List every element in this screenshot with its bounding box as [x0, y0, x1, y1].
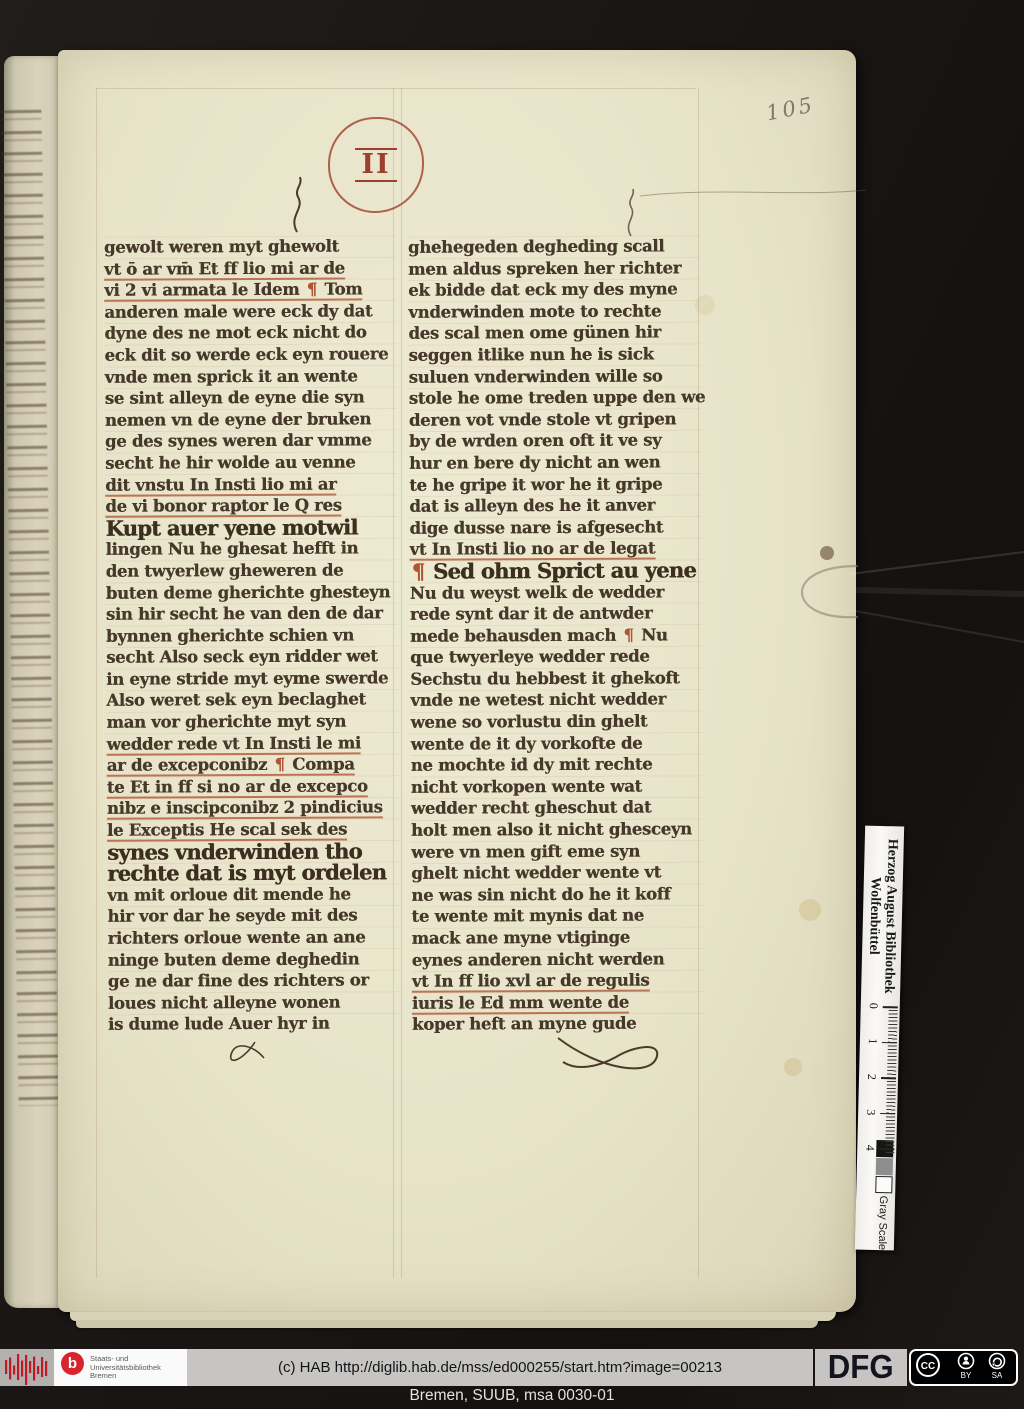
manuscript-line: den twyerlew gheweren de	[106, 559, 398, 582]
manuscript-line: vnde ne wetest nicht wedder	[410, 689, 702, 712]
gray-scale-label: Gray Scale	[876, 1196, 889, 1251]
ruler-library-name: Herzog August Bibliothek Wolfenbüttel	[861, 826, 904, 1007]
copyright-bar: (c) HAB http://diglib.hab.de/mss/ed00025…	[187, 1349, 813, 1386]
gray-scale-patch: Gray Scale	[855, 1139, 894, 1250]
ruler-minor-ticks	[885, 1006, 898, 1154]
digitized-manuscript-viewer: { "page_marks": { "folio_number": "105",…	[0, 0, 1024, 1409]
manuscript-line: koper heft an myne gude	[412, 1013, 704, 1036]
manuscript-line: ar de excepconibz ¶ Compa	[107, 753, 399, 776]
manuscript-line: Kupt auer yene motwil	[105, 516, 397, 539]
ruling-line	[401, 88, 402, 1278]
shelfmark-caption: Bremen, SUUB, msa 0030-01	[0, 1387, 1024, 1405]
manuscript-line: wente de it dy vorkofte de	[411, 732, 703, 755]
manuscript-line: seggen itlike nun he is sick	[408, 343, 700, 366]
manuscript-line: stole he ome treden uppe den we	[409, 386, 701, 409]
manuscript-line: hur en bere dy nicht an wen	[409, 451, 701, 474]
ruler-cm-tick	[882, 1042, 897, 1044]
manuscript-line: suluen vnderwinden wille so	[409, 365, 701, 388]
manuscript-line: richters orloue wente an ane	[108, 926, 400, 949]
pilcrow-mark: ¶	[273, 755, 287, 774]
manuscript-line: gewolt weren myt ghewolt	[104, 235, 396, 258]
manuscript-line: rechte dat is myt ordelen	[107, 861, 399, 884]
ruler-cm-number: 3	[863, 1105, 878, 1119]
page-stack-edge	[70, 1312, 836, 1321]
manuscript-line: man vor gherichte myt syn	[106, 710, 398, 733]
manuscript-line: ge ne dar fine des richters or	[108, 969, 400, 992]
manuscript-line: te Et in ff si no ar de excepco	[107, 775, 399, 798]
sa-label: SA	[992, 1371, 1003, 1380]
facing-page-text-fragments	[1, 106, 58, 1107]
manuscript-line: vnde men sprick it an wente	[105, 365, 397, 388]
ruling-line	[96, 88, 97, 1278]
manuscript-line: loues nicht alleyne wonen	[108, 991, 400, 1014]
manuscript-line: secht Also seck eyn ridder wet	[106, 646, 398, 669]
manuscript-line: deren vot vnde stole vt gripen	[409, 408, 701, 431]
suub-library-name: Staats- und Universitätsbibliothek Breme…	[90, 1355, 161, 1381]
quire-mark-numeral: II	[355, 148, 396, 182]
manuscript-line: iuris le Ed mm wente de	[412, 991, 704, 1014]
suub-b-icon: b	[61, 1352, 84, 1375]
manuscript-line: ne mochte id dy mit rechte	[411, 753, 703, 776]
dfg-logo: DFG	[815, 1349, 907, 1386]
by-person-icon	[964, 1357, 968, 1361]
footer-bar: b Staats- und Universitätsbibliothek Bre…	[0, 1349, 1024, 1386]
cc-icon: CC	[921, 1361, 935, 1372]
suub-logo-block: b Staats- und Universitätsbibliothek Bre…	[54, 1349, 187, 1386]
text-column-b: ghehegeden degheding scallmen aldus spre…	[408, 235, 704, 1035]
ruler-cm-number: 4	[862, 1141, 877, 1155]
manuscript-line: dit vnstu In Insti lio mi ar	[105, 473, 397, 496]
manuscript-line: ne was sin nicht do he it koff	[411, 883, 703, 906]
manuscript-line: dat is alleyn des he it anver	[409, 494, 701, 517]
ruler-cm-tick	[880, 1113, 895, 1115]
manuscript-line: que twyerleye wedder rede	[410, 646, 702, 669]
gray-scale-white	[875, 1176, 892, 1193]
manuscript-line: vn mit orloue dit mende he	[107, 883, 399, 906]
manuscript-line: wene so vorlustu din ghelt	[410, 710, 702, 733]
manuscript-line: wedder recht gheschut dat	[411, 797, 703, 820]
manuscript-line: sin hir secht he van den de dar	[106, 602, 398, 625]
manuscript-line: vt In ff lio xvl ar de regulis	[412, 969, 704, 992]
manuscript-line: te he gripe it wor he it gripe	[409, 473, 701, 496]
manuscript-line: anderen male were eck dy dat	[104, 300, 396, 323]
manuscript-line: ¶ Sed ohm Sprict au yene	[410, 559, 702, 582]
suub-name-line3: Bremen	[90, 1372, 161, 1381]
manuscript-line: te wente mit mynis dat ne	[411, 905, 703, 928]
manuscript-line: vnderwinden mote to rechte	[408, 300, 700, 323]
manuscript-line: wedder rede vt In Insti le mi	[107, 732, 399, 755]
manuscript-line: buten deme gherichte ghesteyn	[106, 581, 398, 604]
copyright-text: (c) HAB http://diglib.hab.de/mss/ed00025…	[278, 1359, 722, 1376]
manuscript-line: nemen vn de eyne der bruken	[105, 408, 397, 431]
manuscript-line: des scal men ome günen hir	[408, 322, 700, 345]
manuscript-line: ge des synes weren dar vmme	[105, 430, 397, 453]
gray-scale-mid	[876, 1158, 893, 1175]
manuscript-line: secht he hir wolde au venne	[105, 451, 397, 474]
manuscript-line: Also weret sek eyn beclaghet	[106, 689, 398, 712]
manuscript-line: dyne des ne mot eck nicht do	[104, 322, 396, 345]
manuscript-line: eck dit so werde eck eyn rouere	[104, 343, 396, 366]
manuscript-line: nibz e inscipconibz 2 pindicius	[107, 797, 399, 820]
manuscript-line: eynes anderen nicht werden	[412, 948, 704, 971]
cc-by-sa-badge: CC BY SA	[909, 1349, 1018, 1386]
dfg-logo-text: DFG	[828, 1351, 894, 1385]
manuscript-line: nicht vorkopen wente wat	[411, 775, 703, 798]
cc-by-sa-icons: CC BY SA	[911, 1351, 1012, 1380]
manuscript-line: lingen Nu he ghesat hefft in	[105, 538, 397, 561]
sa-arrow-icon	[994, 1358, 1002, 1366]
ruler-cm-scale: 01234	[858, 1006, 898, 1138]
manuscript-line: se sint alleyn de eyne die syn	[105, 386, 397, 409]
pilcrow-mark: ¶	[305, 280, 319, 299]
by-label: BY	[961, 1371, 972, 1380]
manuscript-line: holt men also it nicht ghesceyn	[411, 818, 703, 841]
library-ruler: Herzog August Bibliothek Wolfenbüttel 01…	[855, 826, 904, 1251]
manuscript-line: ek bidde dat eck my des myne	[408, 278, 700, 301]
ruler-cm-tick	[881, 1077, 896, 1079]
ruler-cm-number: 0	[866, 999, 881, 1013]
page-stack-edge	[76, 1321, 818, 1328]
manuscript-line: were vn men gift eme syn	[411, 840, 703, 863]
ruler-cm-number: 2	[864, 1070, 879, 1084]
foxing-spots	[0, 0, 10, 10]
manuscript-line: hir vor dar he seyde mit des	[107, 905, 399, 928]
manuscript-line: rede synt dar it de antwder	[410, 602, 702, 625]
facing-page-edge	[4, 56, 64, 1308]
manuscript-line: by de wrden oren oft it ve sy	[409, 430, 701, 453]
manuscript-line: in eyne stride myt eyme swerde	[106, 667, 398, 690]
manuscript-line: ghelt nicht wedder wente vt	[411, 861, 703, 884]
manuscript-line: mede behausden mach ¶ Nu	[410, 624, 702, 647]
manuscript-line: Sechstu du hebbest it ghekoft	[410, 667, 702, 690]
quire-mark-circle: II	[328, 117, 424, 213]
manuscript-line: ninge buten deme deghedin	[108, 948, 400, 971]
ruling-line	[96, 88, 696, 89]
manuscript-line: vi 2 vi armata le Idem ¶ Tom	[104, 278, 396, 301]
manuscript-line: is dume lude Auer hyr in	[108, 1013, 400, 1036]
manuscript-line: ghehegeden degheding scall	[408, 235, 700, 258]
manuscript-line: men aldus spreken her richter	[408, 257, 700, 280]
manuscript-line: mack ane myne vtiginge	[412, 926, 704, 949]
manuscript-line: dige dusse nare is afgesecht	[409, 516, 701, 539]
manuscript-line: Nu du weyst welk de wedder	[410, 581, 702, 604]
pilcrow-mark: ¶	[621, 625, 635, 644]
manuscript-line: vt ō ar vm̄ Et ff lio mi ar de	[104, 257, 396, 280]
ruler-cm-number: 1	[865, 1034, 880, 1048]
pilcrow-mark: ¶	[410, 559, 427, 584]
text-column-a: gewolt weren myt ghewoltvt ō ar vm̄ Et f…	[104, 235, 400, 1035]
ruler-cm-tick	[883, 1006, 898, 1008]
suub-logo-bars	[0, 1349, 54, 1386]
manuscript-line: bynnen gherichte schien vn	[106, 624, 398, 647]
